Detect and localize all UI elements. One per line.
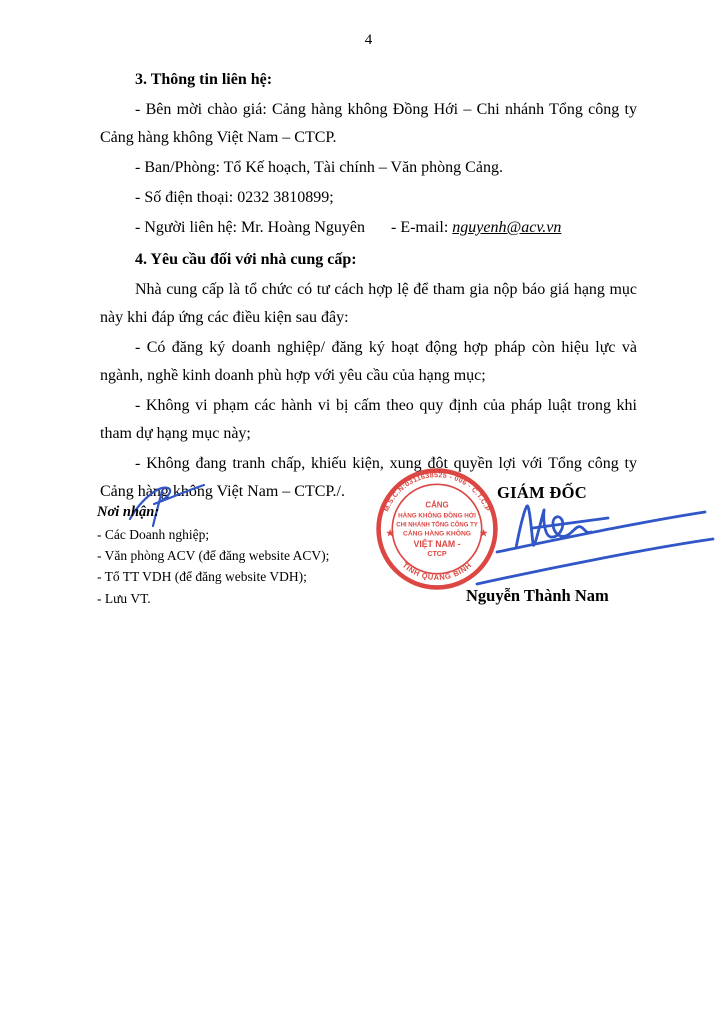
recipient-item: - Lưu VT. — [97, 588, 329, 609]
document-body: 4 3. Thông tin liên hệ: - Bên mời chào g… — [100, 30, 637, 508]
email-label: - E-mail: — [391, 219, 452, 236]
section3-item: - Số điện thoại: 0232 3810899; — [100, 184, 637, 212]
signer-name: Nguyễn Thành Nam — [466, 585, 609, 607]
director-signature — [440, 494, 716, 599]
recipients-list: - Các Doanh nghiệp; - Văn phòng ACV (để … — [97, 524, 329, 609]
section4-item: - Có đăng ký doanh nghiệp/ đăng ký hoạt … — [100, 334, 637, 390]
signature-flourish-bottom — [477, 539, 713, 584]
stamp-star-left-icon: ★ — [385, 528, 395, 538]
section3-item: - Ban/Phòng: Tổ Kế hoạch, Tài chính – Vă… — [100, 154, 637, 182]
section3-item: - Bên mời chào giá: Cảng hàng không Đồng… — [100, 96, 637, 152]
recipients-heading: Nơi nhận: — [97, 502, 159, 522]
recipient-item: - Tổ TT VDH (để đăng website VDH); — [97, 566, 329, 587]
recipient-item: - Văn phòng ACV (để đăng website ACV); — [97, 545, 329, 566]
email-link[interactable]: nguyenh@acv.vn — [452, 219, 561, 236]
contact-person: - Người liên hệ: Mr. Hoàng Nguyên — [135, 219, 365, 236]
section4-heading: 4. Yêu cầu đối với nhà cung cấp: — [100, 246, 637, 274]
section3-heading: 3. Thông tin liên hệ: — [100, 66, 637, 94]
section3-contact-line: - Người liên hệ: Mr. Hoàng Nguyên- E-mai… — [100, 214, 637, 242]
document-page: 4 3. Thông tin liên hệ: - Bên mời chào g… — [0, 0, 716, 1013]
section4-intro: Nhà cung cấp là tổ chức có tư cách hợp l… — [100, 276, 637, 332]
section4-item: - Không vi phạm các hành vi bị cấm theo … — [100, 392, 637, 448]
page-number: 4 — [100, 30, 637, 50]
recipient-item: - Các Doanh nghiệp; — [97, 524, 329, 545]
